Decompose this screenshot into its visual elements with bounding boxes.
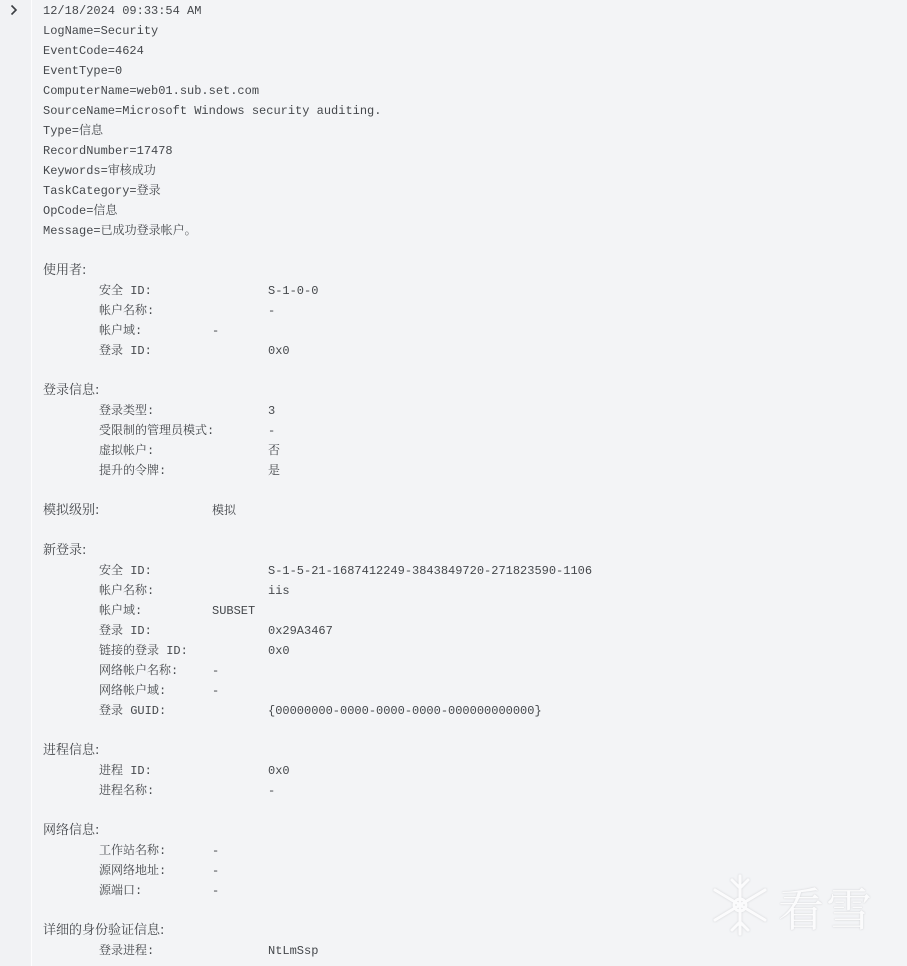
expand-toggle-button[interactable] bbox=[8, 3, 20, 17]
row-label: 进程名称: bbox=[99, 781, 154, 801]
row-label: 网络帐户名称: bbox=[99, 661, 178, 681]
field-type: Type=信息 bbox=[43, 121, 103, 141]
row-value: S-1-5-21-1687412249-3843849720-271823590… bbox=[268, 561, 592, 581]
field-opcode: OpCode=信息 bbox=[43, 201, 117, 221]
row-value: - bbox=[212, 321, 219, 341]
row-value: - bbox=[212, 861, 219, 881]
row-label: 提升的令牌: bbox=[99, 461, 166, 481]
section-title-logon-info: 登录信息: bbox=[43, 381, 99, 401]
section-title-network-info: 网络信息: bbox=[43, 821, 99, 841]
field-taskcategory: TaskCategory=登录 bbox=[43, 181, 161, 201]
row-label: 链接的登录 ID: bbox=[99, 641, 188, 661]
row-value: - bbox=[212, 841, 219, 861]
row-value: 是 bbox=[268, 461, 280, 481]
row-value: - bbox=[268, 421, 275, 441]
row-label: 登录类型: bbox=[99, 401, 154, 421]
row-value: - bbox=[212, 681, 219, 701]
row-label: 源网络地址: bbox=[99, 861, 166, 881]
row-value: 3 bbox=[268, 401, 275, 421]
field-sourcename: SourceName=Microsoft Windows security au… bbox=[43, 101, 381, 121]
row-label: 登录 ID: bbox=[99, 341, 152, 361]
log-gutter bbox=[0, 0, 32, 966]
row-label: 帐户域: bbox=[99, 321, 142, 341]
section-title-new-logon: 新登录: bbox=[43, 541, 86, 561]
section-title-impersonation-level: 模拟级别: bbox=[43, 501, 99, 521]
row-value: iis bbox=[268, 581, 290, 601]
row-label: 安全 ID: bbox=[99, 561, 152, 581]
row-label: 帐户名称: bbox=[99, 581, 154, 601]
row-label: 登录 ID: bbox=[99, 621, 152, 641]
chevron-right-icon bbox=[10, 4, 18, 16]
row-label: 安全 ID: bbox=[99, 281, 152, 301]
row-value: - bbox=[212, 661, 219, 681]
row-label: 进程 ID: bbox=[99, 761, 152, 781]
row-label: 受限制的管理员模式: bbox=[99, 421, 214, 441]
field-eventtype: EventType=0 bbox=[43, 61, 122, 81]
row-value: S-1-0-0 bbox=[268, 281, 318, 301]
row-label: 虚拟帐户: bbox=[99, 441, 154, 461]
row-label: 登录 GUID: bbox=[99, 701, 166, 721]
field-message: Message=已成功登录帐户。 bbox=[43, 221, 197, 241]
section-title-subject: 使用者: bbox=[43, 261, 86, 281]
field-keywords: Keywords=审核成功 bbox=[43, 161, 156, 181]
row-value: SUBSET bbox=[212, 601, 255, 621]
field-logname: LogName=Security bbox=[43, 21, 158, 41]
section-title-auth-details: 详细的身份验证信息: bbox=[43, 921, 164, 941]
row-value: - bbox=[268, 781, 275, 801]
field-eventcode: EventCode=4624 bbox=[43, 41, 144, 61]
row-value: 0x0 bbox=[268, 341, 290, 361]
row-value: 模拟 bbox=[212, 501, 236, 521]
row-value: - bbox=[268, 301, 275, 321]
log-timestamp: 12/18/2024 09:33:54 AM bbox=[43, 1, 201, 21]
row-label: 帐户名称: bbox=[99, 301, 154, 321]
row-label: 网络帐户域: bbox=[99, 681, 166, 701]
row-label: 帐户域: bbox=[99, 601, 142, 621]
snowflake-icon bbox=[710, 872, 770, 942]
field-computername: ComputerName=web01.sub.set.com bbox=[43, 81, 259, 101]
row-value: 0x29A3467 bbox=[268, 621, 333, 641]
watermark-text: 看雪 bbox=[778, 874, 874, 940]
row-value: {00000000-0000-0000-0000-000000000000} bbox=[268, 701, 542, 721]
watermark: 看雪 bbox=[710, 872, 890, 942]
row-value: 0x0 bbox=[268, 641, 290, 661]
field-recordnumber: RecordNumber=17478 bbox=[43, 141, 173, 161]
section-title-process-info: 进程信息: bbox=[43, 741, 99, 761]
row-value: - bbox=[212, 881, 219, 901]
row-value: 0x0 bbox=[268, 761, 290, 781]
row-value: NtLmSsp bbox=[268, 941, 318, 961]
row-value: 否 bbox=[268, 441, 280, 461]
row-label: 工作站名称: bbox=[99, 841, 166, 861]
row-label: 登录进程: bbox=[99, 941, 154, 961]
row-label: 源端口: bbox=[99, 881, 142, 901]
